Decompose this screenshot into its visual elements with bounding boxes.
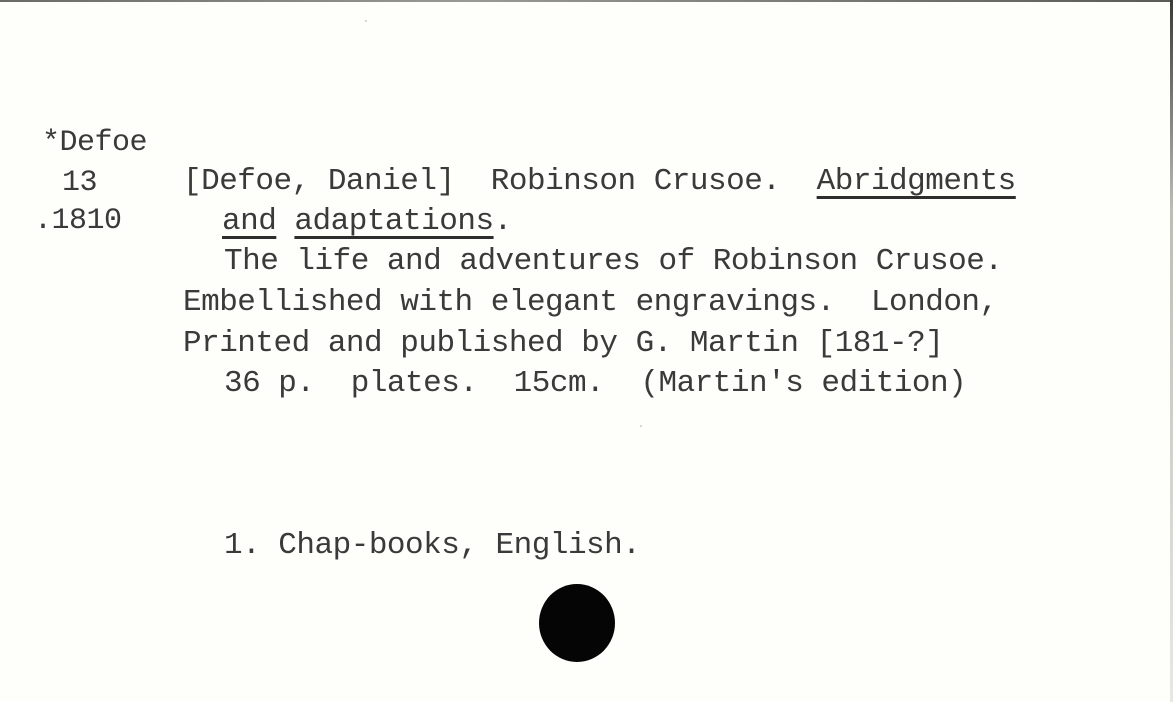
subject-end: .: [494, 204, 512, 239]
imprint-line-1: Embellished with elegant engravings. Lon…: [183, 287, 998, 318]
paper-speck: [365, 20, 367, 22]
catalog-card: *Defoe 13 .1810 [Defoe, Daniel] Robinson…: [0, 0, 1173, 702]
title-line: The life and adventures of Robinson Crus…: [224, 246, 1002, 277]
paper-speck: [640, 425, 642, 427]
call-number-line-1: *Defoe: [42, 128, 147, 158]
card-top-edge: [0, 0, 1173, 2]
subject-title: Robinson Crusoe.: [491, 164, 781, 199]
subject-tracing: 1. Chap-books, English.: [224, 530, 640, 561]
subject-subdivision-2b: adaptations: [294, 204, 493, 239]
imprint-line-2: Printed and published by G. Martin [181-…: [183, 328, 943, 359]
call-number-line-3: .1810: [34, 206, 122, 236]
punch-hole-icon: [539, 584, 615, 662]
heading-line-2: and adaptations.: [222, 206, 512, 237]
subject-subdivision-1: Abridgments: [817, 164, 1016, 199]
heading-line-1: [Defoe, Daniel] Robinson Crusoe. Abridgm…: [183, 166, 1016, 197]
author-heading: [Defoe, Daniel]: [183, 164, 455, 199]
call-number-line-2: 13: [62, 168, 97, 198]
subject-subdivision-2a: and: [222, 204, 276, 239]
collation-line: 36 p. plates. 15cm. (Martin's edition): [224, 368, 966, 399]
